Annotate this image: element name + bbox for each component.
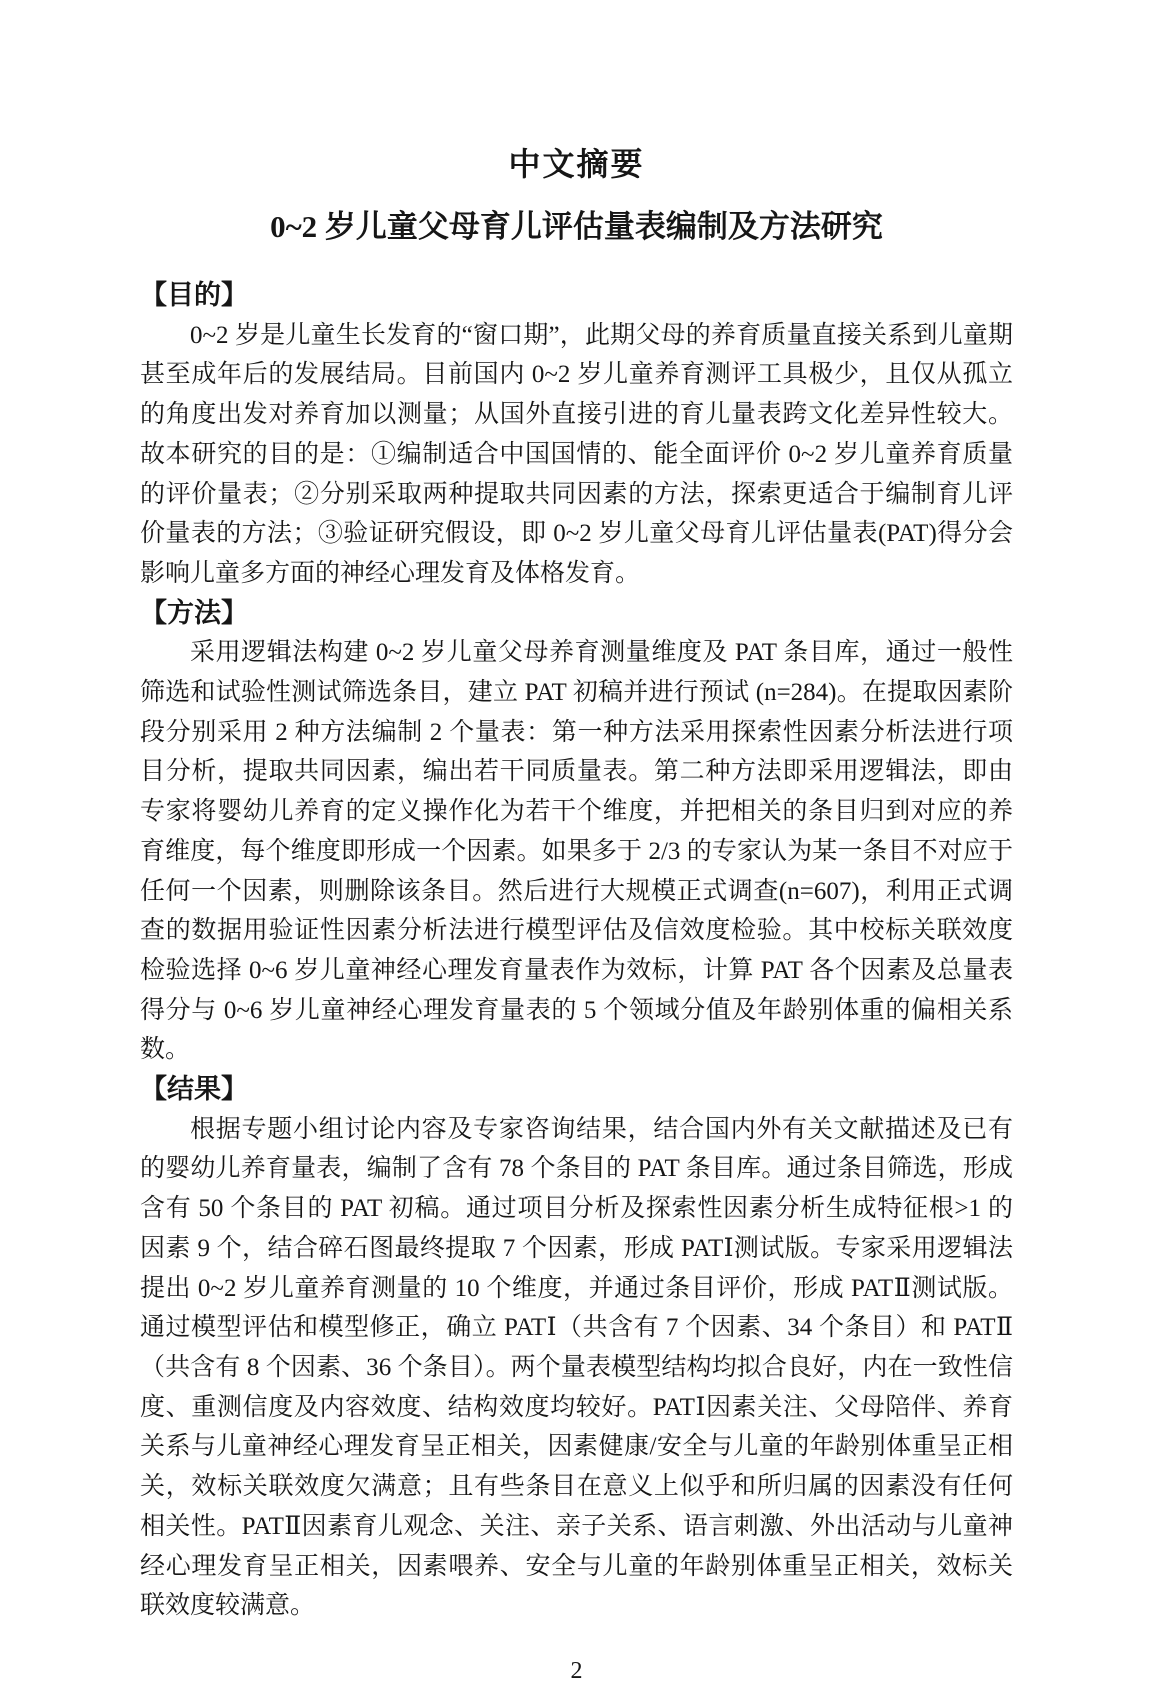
section-objective: 【目的】 0~2 岁是儿童生长发育的“窗口期”，此期父母的养育质量直接关系到儿童…	[140, 276, 1013, 594]
section-heading-results: 【结果】	[140, 1070, 1013, 1110]
section-methods: 【方法】 采用逻辑法构建 0~2 岁儿童父母养育测量维度及 PAT 条目库，通过…	[140, 594, 1013, 1070]
section-paragraph-results: 根据专题小组讨论内容及专家咨询结果，结合国内外有关文献描述及已有的婴幼儿养育量表…	[140, 1110, 1013, 1626]
page-number: 2	[140, 1656, 1013, 1683]
section-heading-methods: 【方法】	[140, 594, 1013, 634]
document-title: 0~2 岁儿童父母育儿评估量表编制及方法研究	[140, 210, 1013, 244]
section-results: 【结果】 根据专题小组讨论内容及专家咨询结果，结合国内外有关文献描述及已有的婴幼…	[140, 1070, 1013, 1626]
section-paragraph-objective: 0~2 岁是儿童生长发育的“窗口期”，此期父母的养育质量直接关系到儿童期甚至成年…	[140, 316, 1013, 594]
page-title: 中文摘要	[140, 146, 1013, 182]
section-heading-objective: 【目的】	[140, 276, 1013, 316]
section-paragraph-methods: 采用逻辑法构建 0~2 岁儿童父母养育测量维度及 PAT 条目库，通过一般性筛选…	[140, 633, 1013, 1070]
document-page: 中文摘要 0~2 岁儿童父母育儿评估量表编制及方法研究 【目的】 0~2 岁是儿…	[0, 0, 1152, 1683]
